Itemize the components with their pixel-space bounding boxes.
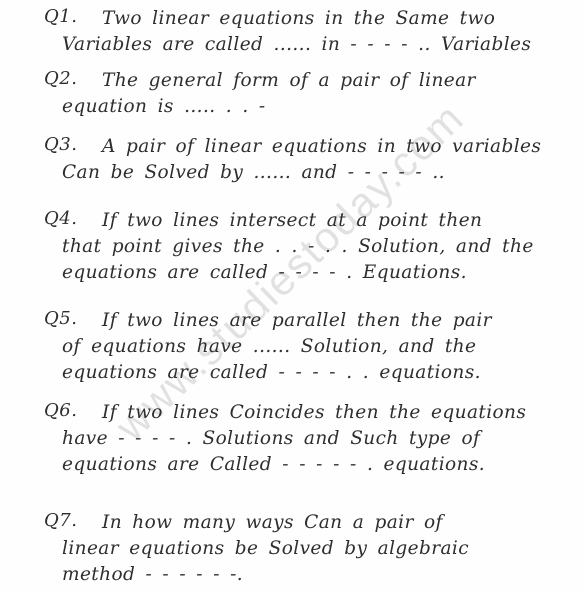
question-6-number: Q6. — [44, 400, 102, 426]
question-5-number: Q5. — [44, 308, 102, 334]
question-6-line-2: have - - - - . Solutions and Such type o… — [62, 426, 577, 452]
question-6: Q6. If two lines Coincides then the equa… — [44, 400, 577, 478]
question-1: Q1. Two linear equations in the Same two… — [44, 6, 577, 58]
question-1-line-2: Variables are called ...... in - - - - .… — [62, 32, 577, 58]
question-2-line-2: equation is ..... . . - — [62, 94, 577, 120]
question-6-line-1: If two lines Coincides then the equation… — [102, 400, 526, 426]
question-5-line-3: equations are called - - - - . . equatio… — [62, 360, 577, 386]
question-2: Q2. The general form of a pair of linear… — [44, 68, 577, 120]
question-7-line-2: linear equations be Solved by algebraic — [62, 536, 577, 562]
question-3-line-2: Can be Solved by ...... and - - - - - .. — [62, 160, 577, 186]
question-5-line-1: If two lines are parallel then the pair — [102, 308, 492, 334]
question-3-number: Q3. — [44, 134, 102, 160]
question-4-line-1: If two lines intersect at a point then — [102, 208, 482, 234]
question-1-line-1: Two linear equations in the Same two — [102, 6, 495, 32]
question-3-line-1: A pair of linear equations in two variab… — [102, 134, 541, 160]
question-7-number: Q7. — [44, 510, 102, 536]
question-4: Q4. If two lines intersect at a point th… — [44, 208, 577, 286]
question-7-line-1: In how many ways Can a pair of — [102, 510, 443, 536]
question-6-line-3: equations are Called - - - - - . equatio… — [62, 452, 577, 478]
question-2-line-1: The general form of a pair of linear — [102, 68, 476, 94]
question-5: Q5. If two lines are parallel then the p… — [44, 308, 577, 386]
question-7: Q7. In how many ways Can a pair of linea… — [44, 510, 577, 588]
question-4-number: Q4. — [44, 208, 102, 234]
question-1-number: Q1. — [44, 6, 102, 32]
question-5-line-2: of equations have ...... Solution, and t… — [62, 334, 577, 360]
question-2-number: Q2. — [44, 68, 102, 94]
question-4-line-3: equations are called - - - - . Equations… — [62, 260, 577, 286]
handwritten-worksheet-page: www.studiestoday.com Q1. Two linear equa… — [0, 0, 583, 593]
question-3: Q3. A pair of linear equations in two va… — [44, 134, 577, 186]
question-7-line-3: method - - - - - -. — [62, 562, 577, 588]
question-4-line-2: that point gives the . . - . . Solution,… — [62, 234, 577, 260]
